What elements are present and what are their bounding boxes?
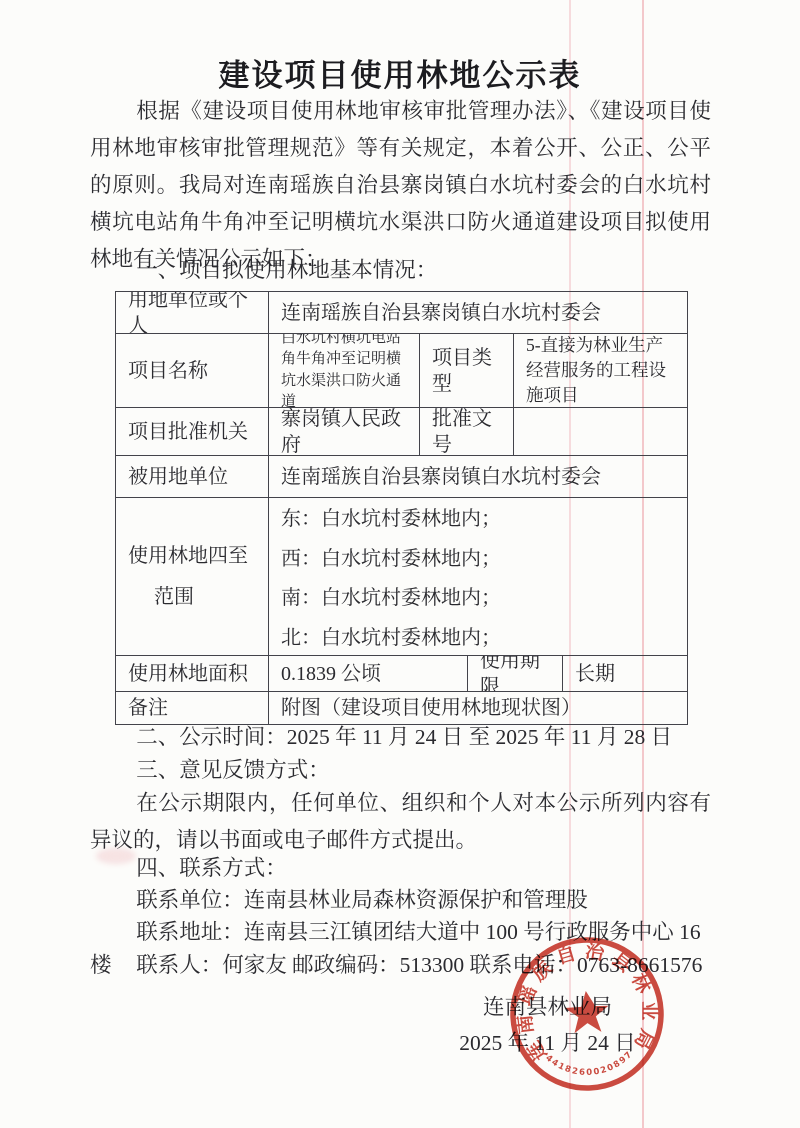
- section-3-heading: 三、意见反馈方式：: [90, 752, 711, 789]
- cell-label-land-user: 用地单位或个人: [116, 292, 269, 334]
- cell-value-land-user: 连南瑶族自治县寨岗镇白水坑村委会: [269, 292, 688, 334]
- boundary-west: 西：白水坑村委林地内；: [281, 540, 679, 580]
- cell-value-project-type: 5-直接为林业生产经营服务的工程设施项目: [514, 334, 688, 408]
- contact-unit-line: 联系单位：连南县林业局森林资源保护和管理股: [90, 884, 711, 917]
- cell-value-term: 长期: [563, 656, 688, 692]
- table-row-approval: 项目批准机关 寨岗镇人民政府 批准文号: [116, 408, 688, 456]
- section-3-body: 在公示期限内，任何单位、组织和个人对本公示所列内容有异议的，请以书面或电子邮件方…: [90, 785, 711, 859]
- intro-paragraph: 根据《建设项目使用林地审核审批管理办法》、《建设项目使用林地审核审批管理规范》等…: [90, 93, 711, 278]
- table-row-land-user: 用地单位或个人 连南瑶族自治县寨岗镇白水坑村委会: [116, 292, 688, 334]
- forest-land-table: 用地单位或个人 连南瑶族自治县寨岗镇白水坑村委会 项目名称 白水坑村横坑电站角牛…: [115, 291, 688, 725]
- cell-label-project-name: 项目名称: [116, 334, 269, 408]
- boundary-north: 北：白水坑村委林地内；: [281, 619, 679, 657]
- section-4-heading: 四、联系方式：: [90, 850, 711, 887]
- cell-label-approval-authority: 项目批准机关: [116, 408, 269, 456]
- boundary-south: 南：白水坑村委林地内；: [281, 579, 679, 619]
- cell-value-boundary: 东：白水坑村委林地内； 西：白水坑村委林地内； 南：白水坑村委林地内； 北：白水…: [269, 498, 688, 656]
- table-row-boundary: 使用林地四至 范围 东：白水坑村委林地内； 西：白水坑村委林地内； 南：白水坑村…: [116, 498, 688, 656]
- cell-value-land-owner: 连南瑶族自治县寨岗镇白水坑村委会: [269, 456, 688, 498]
- cell-label-project-type: 项目类型: [420, 334, 514, 408]
- signature-date: 2025 年 11 月 24 日: [415, 1026, 680, 1061]
- cell-label-term: 使用期限: [468, 656, 563, 692]
- cell-value-approval-authority: 寨岗镇人民政府: [269, 408, 420, 456]
- cell-label-area: 使用林地面积: [116, 656, 269, 692]
- signature-org: 连南县林业局: [415, 990, 680, 1025]
- cell-value-area: 0.1839 公顷: [269, 656, 468, 692]
- boundary-east: 东：白水坑村委林地内；: [281, 500, 679, 540]
- boundary-label-line2: 范围: [128, 584, 260, 610]
- section-1-heading: 一、项目拟使用林地基本情况：: [90, 252, 711, 289]
- table-row-area-term: 使用林地面积 0.1839 公顷 使用期限 长期: [116, 656, 688, 692]
- boundary-label-line1: 使用林地四至: [128, 543, 260, 569]
- section-2-publicity-period: 二、公示时间：2025 年 11 月 24 日 至 2025 年 11 月 28…: [90, 719, 711, 756]
- cell-label-land-owner: 被用地单位: [116, 456, 269, 498]
- document-page: { "document": { "title": "建设项目使用林地公示表", …: [0, 0, 800, 1128]
- cell-value-project-name: 白水坑村横坑电站角牛角冲至记明横坑水渠洪口防火通道: [269, 334, 420, 408]
- cell-value-approval-number: [514, 408, 688, 456]
- cell-label-approval-number: 批准文号: [420, 408, 514, 456]
- cell-label-boundary: 使用林地四至 范围: [116, 498, 269, 656]
- table-row-project-name: 项目名称 白水坑村横坑电站角牛角冲至记明横坑水渠洪口防火通道 项目类型 5-直接…: [116, 334, 688, 408]
- contact-person-line: 联系人：何家友 邮政编码：513300 联系电话：0763-8661576: [90, 949, 711, 982]
- page-title: 建设项目使用林地公示表: [0, 50, 800, 95]
- table-row-land-owner: 被用地单位 连南瑶族自治县寨岗镇白水坑村委会: [116, 456, 688, 498]
